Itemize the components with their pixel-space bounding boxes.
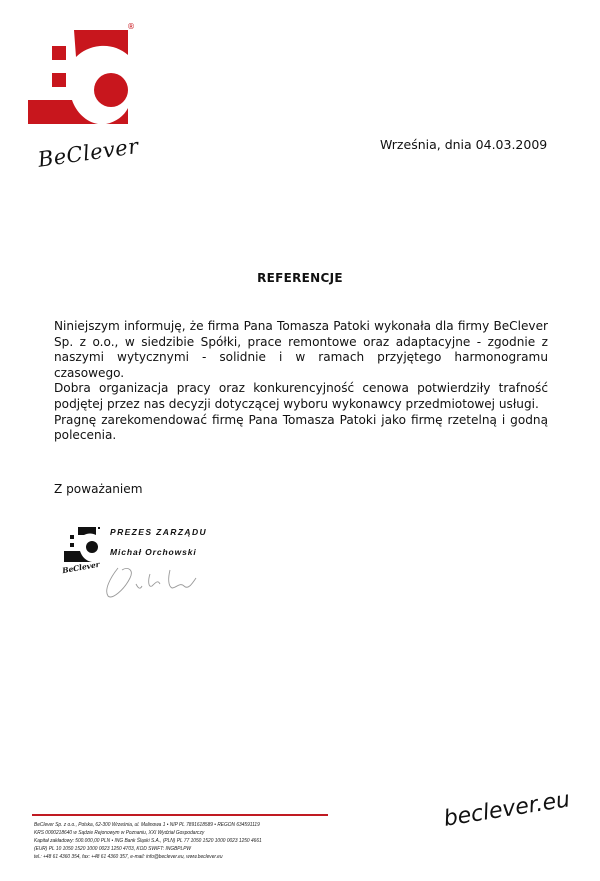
signatory-role: PREZES ZARZĄDU [110,527,207,537]
footer-line: (EUR) PL 10 1050 1520 1000 0023 1250 470… [34,846,313,854]
footer-line: KRS 0000218640 w Sądzie Rejonowym w Pozn… [34,830,313,838]
footer-line: Kapitał zakładowy: 500.000,00 PLN • ING … [34,838,313,846]
footer-line: tel.: +48 61 4360 354, fax: +48 61 4360 … [34,854,313,862]
beclever-logo-mark-icon: ® [20,20,140,130]
footer-rule [32,814,328,816]
svg-text:®: ® [127,22,135,31]
footer-line: BeClever Sp. z o.o., Polska, 62-300 Wrze… [34,822,313,830]
footer-company-details: BeClever Sp. z o.o., Polska, 62-300 Wrze… [34,822,313,862]
body-paragraph: Pragnę zarekomendować firmę Pana Tomasza… [54,413,548,444]
document-title: REFERENCJE [0,271,600,285]
signatory-name: Michał Orchowski [110,547,197,557]
signature-icon [100,560,230,600]
brand-script: BeClever [36,134,140,172]
body-paragraph: Dobra organizacja pracy oraz konkurencyj… [54,381,548,412]
stamp-logo-icon [62,525,106,565]
date-line: Września, dnia 04.03.2009 [380,137,547,152]
company-logo: ® BeClever [20,20,140,160]
body-paragraph: Niniejszym informuję, że firma Pana Toma… [54,319,548,381]
letter-body: Niniejszym informuję, że firma Pana Toma… [54,319,548,444]
footer-website-script: beclever.eu [442,787,572,832]
closing-salutation: Z poważaniem [54,482,143,496]
